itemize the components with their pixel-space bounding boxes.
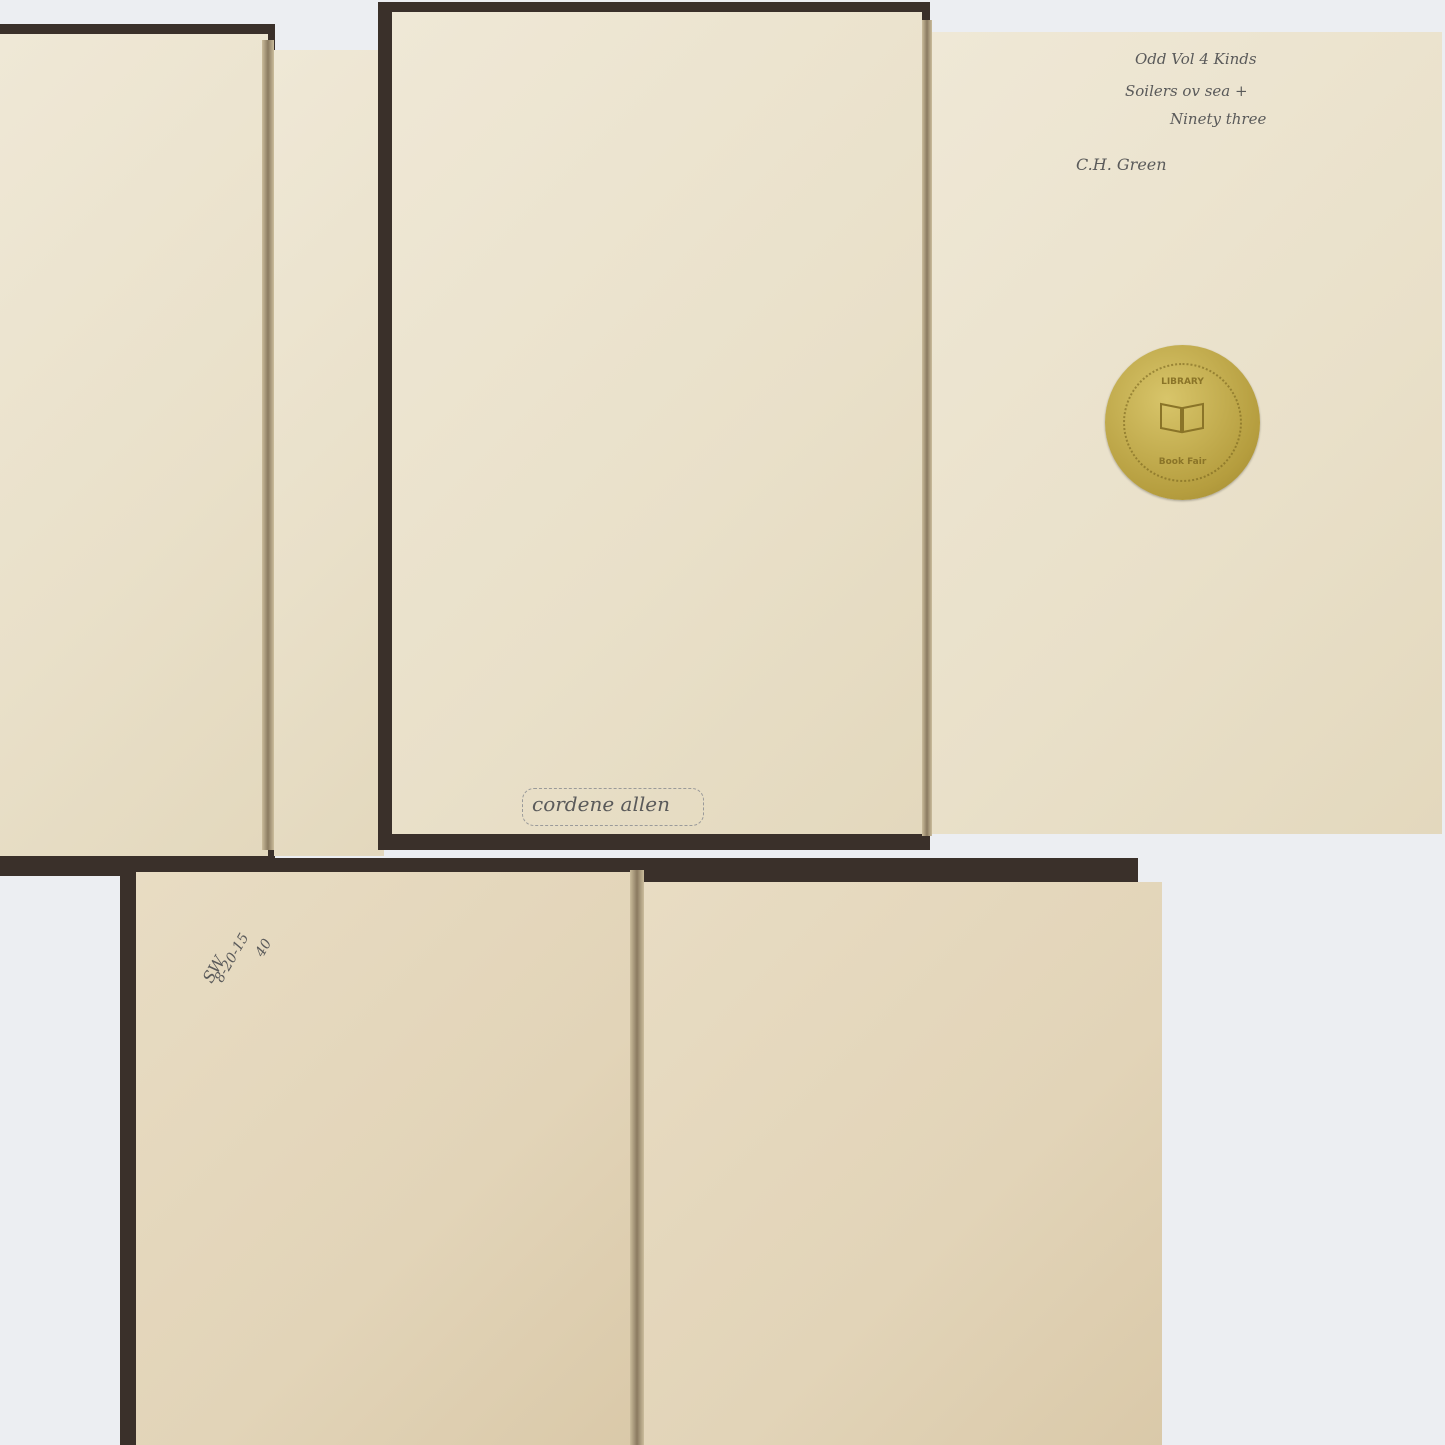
book-top-left-flyleaf [274,50,384,856]
seal-top-text: LIBRARY [1105,377,1260,387]
book-top-right-left-endpaper [392,12,922,834]
book-top-left-endpaper [0,34,268,856]
book-bottom-hinge [630,870,644,1445]
book-top-right-hinge [922,20,932,836]
gold-seal-sticker: LIBRARY Book Fair [1105,345,1260,500]
book-bottom-flyleaf [644,882,1162,1445]
inscription-line-3: Ninety three [1170,110,1266,128]
owner-signature: C.H. Green [1076,155,1167,174]
inscription-cordene-allen: cordene allen [532,792,670,816]
inscription-line-2: Soilers ov sea + [1125,82,1248,100]
seal-bottom-text: Book Fair [1105,457,1260,467]
inscription-line-1: Odd Vol 4 Kinds [1135,50,1257,68]
open-book-icon [1157,400,1207,436]
book-top-left-hinge [262,40,274,850]
